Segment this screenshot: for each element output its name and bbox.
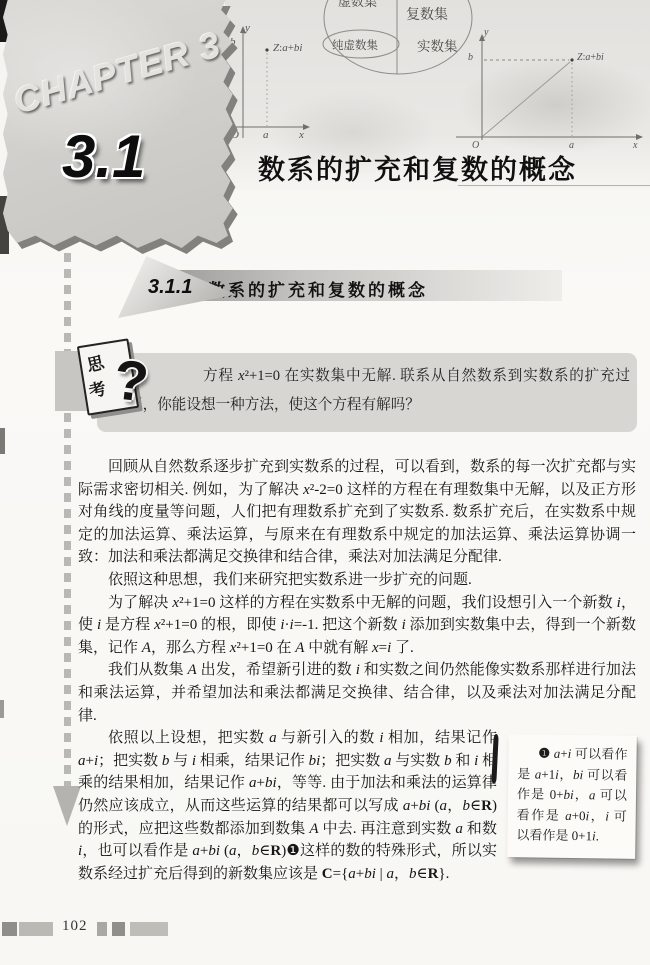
chapter-section-number: 3.1: [62, 122, 145, 191]
paragraph-1: 回顾从自然数系逐步扩充到实数系的过程，可以看到，数系的每一次扩充都与实际需求密切…: [78, 456, 636, 569]
scan-edge-mark: [0, 428, 5, 454]
page-number: 102: [62, 918, 88, 935]
paragraph-2: 依照这种思想，我们来研究把实数系进一步扩充的问题.: [78, 569, 636, 592]
plot-right-b-label: b: [468, 52, 473, 63]
venn-complex-label: 复数集: [406, 4, 448, 24]
textbook-page: y b Z:a+bi O a x 虚数集 复数集 纯虚数集 实数集 y b Z:…: [0, 0, 650, 965]
body-text: 回顾从自然数系逐步扩充到实数系的过程，可以看到，数系的每一次扩充都与实际需求密切…: [78, 456, 636, 885]
footer-decor-block: [97, 922, 107, 936]
think-box-text: 方程 x²+1=0 在实数集中无解. 联系从自然数系到实数系的扩充过程，你能设想…: [128, 362, 630, 420]
plot-left-y-label: y: [245, 22, 250, 34]
margin-note-body: a+i 可以看作是 a+1i，bi 可以看作是 0+bi，a 可以看作是 a+0…: [516, 746, 627, 844]
section-heading-title: 数系的扩充和复数的概念: [208, 276, 428, 301]
plot-right-y-label: y: [484, 27, 488, 38]
paragraph-3: 为了解决 x²+1=0 这样的方程在实数系中无解的问题，我们设想引入一个新数 i…: [78, 592, 636, 660]
plot-left-x-label: x: [299, 129, 304, 141]
paragraph-5-wrap: ❶ a+i 可以看作是 a+1i，bi 可以看作是 0+bi，a 可以看作是 a…: [78, 727, 636, 885]
venn-imaginary-label: 虚数集: [338, 0, 377, 10]
venn-pure-imaginary-label: 纯虚数集: [332, 37, 378, 53]
plot-right-x-label: x: [633, 140, 637, 151]
scan-edge-mark: [0, 700, 4, 718]
plot-left-a-label: a: [263, 129, 269, 141]
margin-note-text: ❶ a+i 可以看作是 a+1i，bi 可以看作是 0+bi，a 可以看作是 a…: [516, 743, 627, 847]
think-char-top: 思: [84, 348, 106, 376]
footer-decor-block: [2, 922, 17, 936]
section-heading-number: 3.1.1: [148, 276, 192, 299]
page-title: 数系的扩充和复数的概念: [258, 148, 577, 187]
footnote-marker: ❶: [538, 746, 550, 761]
paragraph-4: 我们从数集 A 出发，希望新引进的数 i 和实数之间仍然能像实数系那样进行加法和…: [78, 659, 636, 727]
venn-real-label: 实数集: [417, 35, 458, 55]
margin-arrow-icon: [53, 786, 81, 826]
footer-decor-block: [112, 922, 125, 936]
footer-decor-block: [19, 922, 53, 936]
margin-note: ❶ a+i 可以看作是 a+1i，bi 可以看作是 0+bi，a 可以看作是 a…: [507, 734, 637, 858]
plot-left-point-label: Z:a+bi: [273, 42, 302, 54]
footer-decor-block: [130, 922, 168, 936]
think-char-bottom: 考: [86, 374, 108, 402]
margin-dashed-line: [64, 253, 71, 787]
plot-right-point-label: Z:a+bi: [577, 52, 604, 63]
